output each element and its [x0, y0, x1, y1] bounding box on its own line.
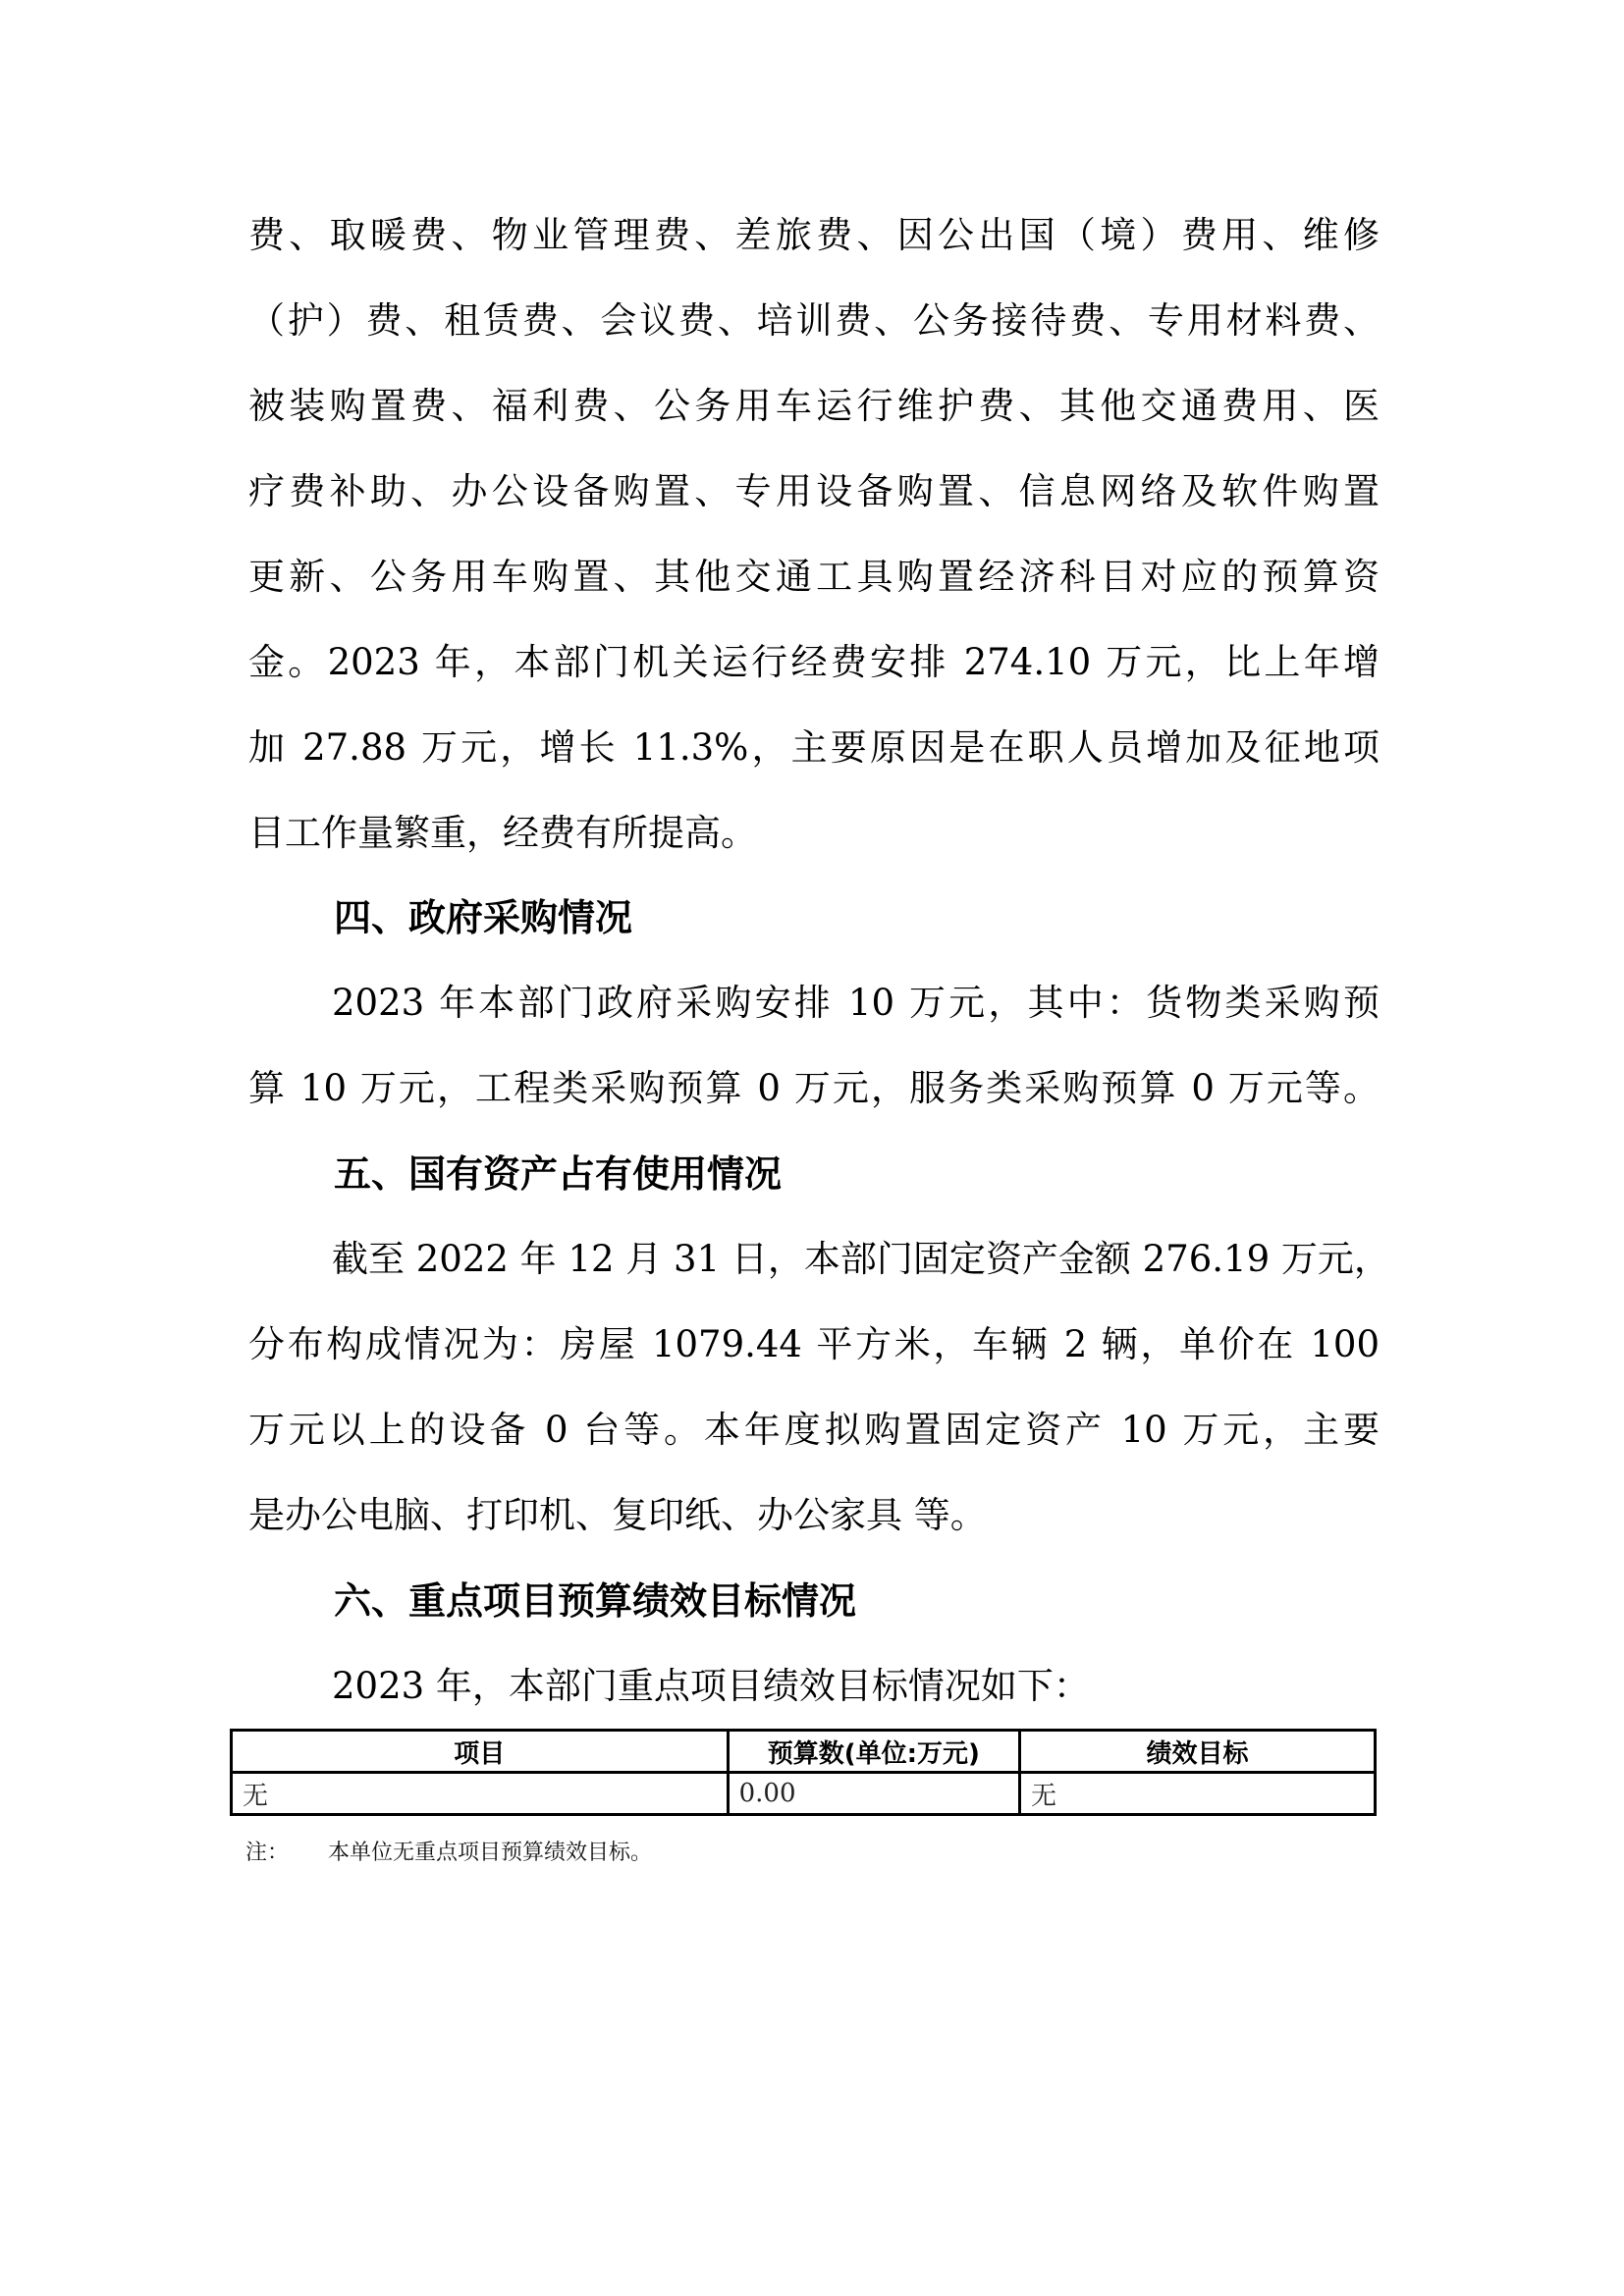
- paragraph-line: 截至 2022 年 12 月 31 日，本部门固定资产金额 276.19 万元，: [332, 1235, 1380, 1284]
- performance-goals-table: 项目 预算数(单位:万元) 绩效目标 无 0.00 无: [230, 1729, 1377, 1816]
- table-row: 无 0.00 无: [232, 1773, 1376, 1815]
- paragraph-line: 疗费补助、办公设备购置、专用设备购置、信息网络及软件购置: [248, 467, 1380, 516]
- header-budget: 预算数(单位:万元): [728, 1731, 1019, 1773]
- paragraph-line: 费、取暖费、物业管理费、差旅费、因公出国（境）费用、维修: [248, 211, 1380, 260]
- header-project: 项目: [232, 1731, 729, 1773]
- cell-project: 无: [232, 1773, 729, 1815]
- table-note: 注：本单位无重点项目预算绩效目标。: [245, 1839, 652, 1868]
- cell-goal: 无: [1019, 1773, 1375, 1815]
- paragraph-line: （护）费、租赁费、会议费、培训费、公务接待费、专用材料费、: [248, 296, 1380, 346]
- paragraph-line: 算 10 万元，工程类采购预算 0 万元，服务类采购预算 0 万元等。: [248, 1064, 1380, 1113]
- paragraph-line: 万元以上的设备 0 台等。本年度拟购置固定资产 10 万元，主要: [248, 1406, 1380, 1455]
- paragraph-line: 金。2023 年，本部门机关运行经费安排 274.10 万元，比上年增: [248, 638, 1380, 687]
- note-label: 注：: [245, 1841, 289, 1865]
- section-heading-procurement: 四、政府采购情况: [334, 893, 632, 942]
- paragraph-line: 2023 年，本部门重点项目绩效目标情况如下：: [332, 1662, 1380, 1711]
- paragraph-line: 2023 年本部门政府采购安排 10 万元，其中：货物类采购预: [332, 979, 1380, 1028]
- cell-budget: 0.00: [728, 1773, 1019, 1815]
- document-page: 费、取暖费、物业管理费、差旅费、因公出国（境）费用、维修 （护）费、租赁费、会议…: [0, 0, 1624, 2296]
- paragraph-line: 目工作量繁重，经费有所提高。: [248, 809, 1380, 858]
- paragraph-line: 分布构成情况为：房屋 1079.44 平方米，车辆 2 辆，单价在 100: [248, 1320, 1380, 1369]
- paragraph-line: 加 27.88 万元，增长 11.3%，主要原因是在职人员增加及征地项: [248, 723, 1380, 773]
- section-heading-performance-goals: 六、重点项目预算绩效目标情况: [334, 1576, 856, 1626]
- paragraph-line: 被装购置费、福利费、公务用车运行维护费、其他交通费用、医: [248, 382, 1380, 431]
- note-text: 本单位无重点项目预算绩效目标。: [328, 1841, 652, 1865]
- header-goal: 绩效目标: [1019, 1731, 1375, 1773]
- paragraph-line: 是办公电脑、打印机、复印纸、办公家具 等。: [248, 1491, 1380, 1540]
- paragraph-line: 更新、公务用车购置、其他交通工具购置经济科目对应的预算资: [248, 553, 1380, 602]
- table-header-row: 项目 预算数(单位:万元) 绩效目标: [232, 1731, 1376, 1773]
- section-heading-assets: 五、国有资产占有使用情况: [334, 1149, 782, 1199]
